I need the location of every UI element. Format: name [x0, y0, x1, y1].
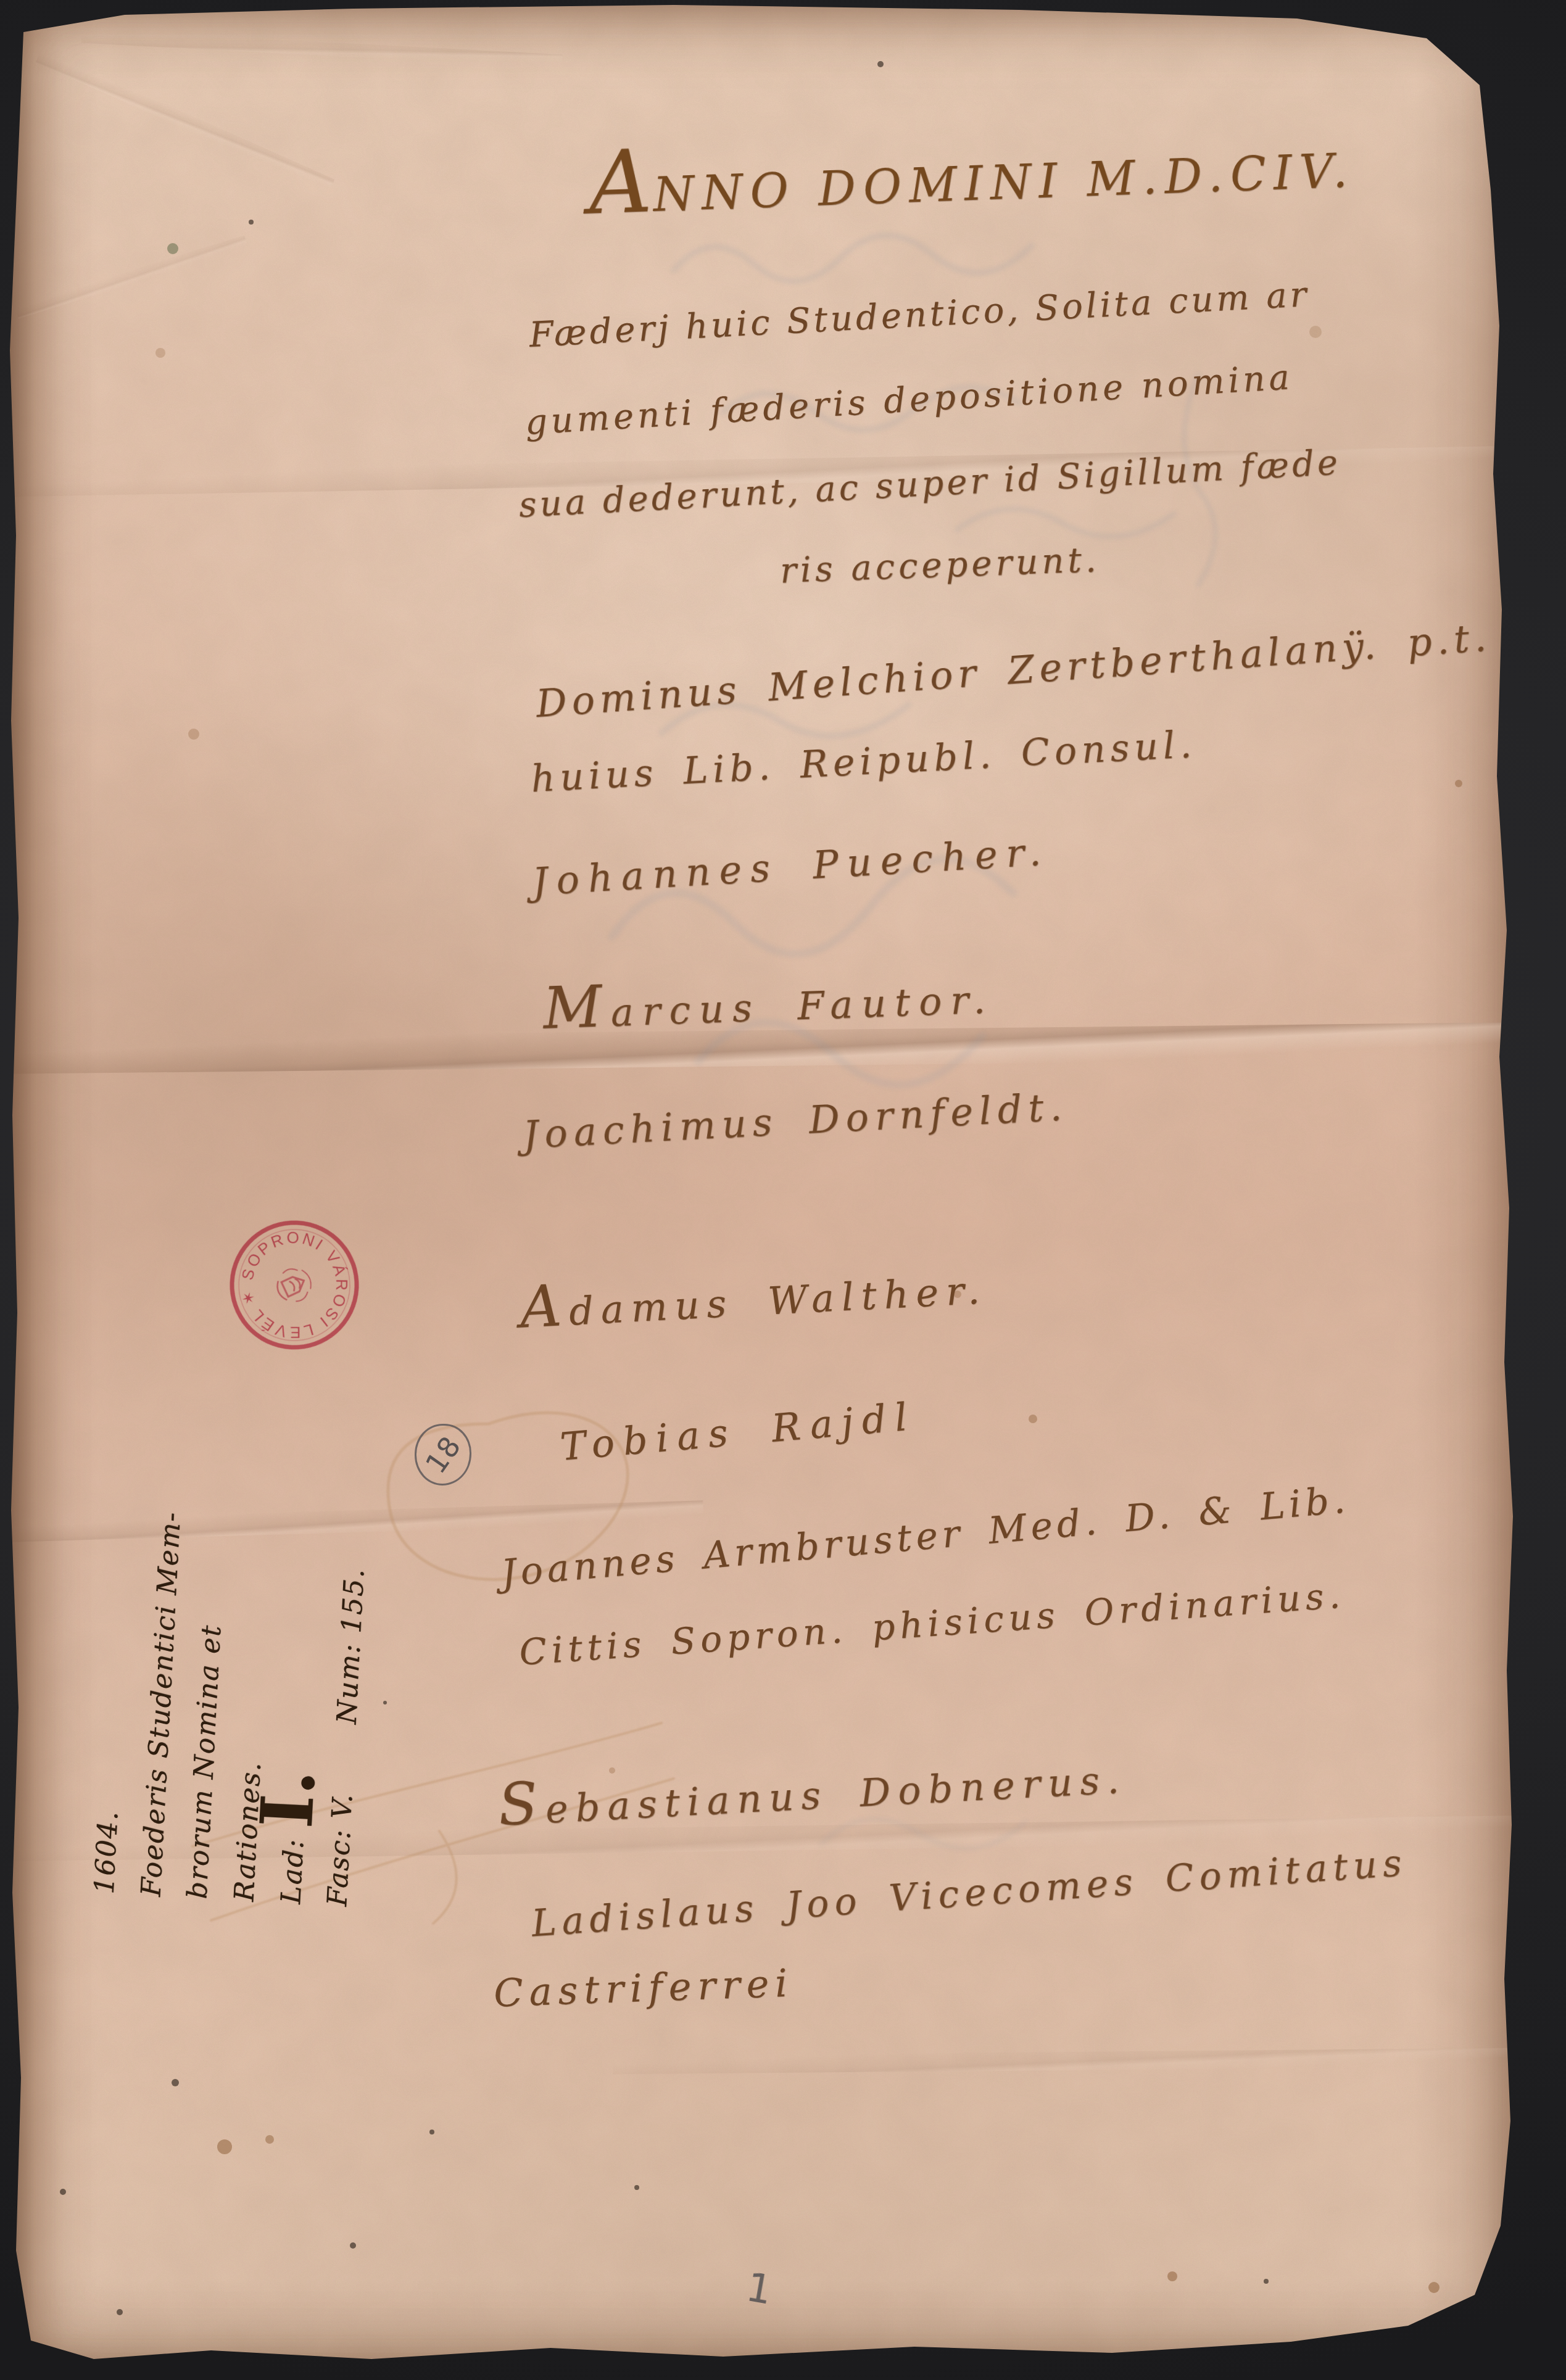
stains-and-specks — [7, 5, 1520, 2375]
intro-line: Fæderj huic Studentico, Solita cum ar — [528, 275, 1311, 355]
paper-texture — [7, 5, 1520, 2375]
signatory-armbruster-line-2: Cittis Sopron. phisicus Ordinarius. — [518, 1574, 1346, 1673]
signatory-melchior-line-2: huius Lib. Reipubl. Consul. — [530, 723, 1198, 801]
signatory-walther: Adamus Walther. — [518, 1250, 988, 1341]
crumple-crease — [81, 30, 563, 68]
signatory-melchior-line-1: Dominus Melchior Zertberthalanÿ. p.t. — [534, 614, 1493, 726]
signatory-ladislaus-line-2: Castriferrei — [493, 1961, 794, 2016]
fasc-label: Fasc: V. — [321, 1792, 359, 1907]
edge-vignette — [7, 5, 1520, 2375]
left-fold-shadow — [7, 5, 64, 2375]
fold-crease — [7, 1500, 703, 1542]
signatory-dobnerus: Sebastianus Dobnerus. — [497, 1739, 1128, 1838]
signatory-ladislaus-line-1: Ladislaus Joo Vicecomes Comitatus — [530, 1841, 1408, 1945]
circled-number-annotation: 18 — [415, 1424, 471, 1485]
showthrough-ghost-writing — [7, 5, 1520, 2375]
document-title: ANNO DOMINI M.D.CIV. — [587, 106, 1356, 234]
svg-text:✶ SOPRONI VÁROSI LEVÉLTÁR ✶: ✶ SOPRONI VÁROSI LEVÉLTÁR ✶ — [202, 1209, 379, 1378]
lad-numeral: I. — [244, 1767, 331, 1830]
margin-year: 1604. — [81, 1215, 164, 1895]
signatory-dornfeldt: Joachimus Dornfeldt. — [522, 1084, 1069, 1157]
scanned-manuscript-photo: ANNO DOMINI M.D.CIV. Fæderj huic Student… — [0, 0, 1566, 2380]
margin-line: Foederis Studentici Mem- — [128, 1218, 210, 1898]
intro-line: sua dederunt, ac super id Sigillum fæde — [518, 442, 1341, 526]
signatory-rajdl: Tobias Rajdl — [558, 1394, 918, 1469]
num-label: Num: 155. — [331, 1567, 371, 1725]
signatory-puecher: Johannes Puecher. — [531, 828, 1051, 904]
stamp-crest-emblem — [271, 1263, 317, 1307]
signatory-fautor: Marcus Fautor. — [542, 959, 995, 1041]
archive-rubber-stamp: ✶ SOPRONI VÁROSI LEVÉLTÁR ✶ — [202, 1192, 387, 1378]
pencil-page-number: 1 — [743, 2265, 776, 2314]
crumple-crease — [14, 235, 248, 318]
manuscript-page: ANNO DOMINI M.D.CIV. Fæderj huic Student… — [7, 5, 1520, 2375]
stamp-ring-text: ✶ SOPRONI VÁROSI LEVÉLTÁR ✶ — [202, 1209, 379, 1378]
lad-label: Lad: — [275, 1838, 310, 1905]
fold-crease — [613, 2048, 1520, 2075]
intro-line: gumenti fæderis depositione nomina — [524, 357, 1294, 443]
circled-number-value: 18 — [419, 1430, 468, 1480]
crumple-crease — [36, 49, 335, 192]
intro-line: ris acceperunt. — [779, 540, 1101, 591]
signatory-armbruster-line-1: Joannes Armbruster Med. D. & Lib. — [500, 1478, 1351, 1595]
